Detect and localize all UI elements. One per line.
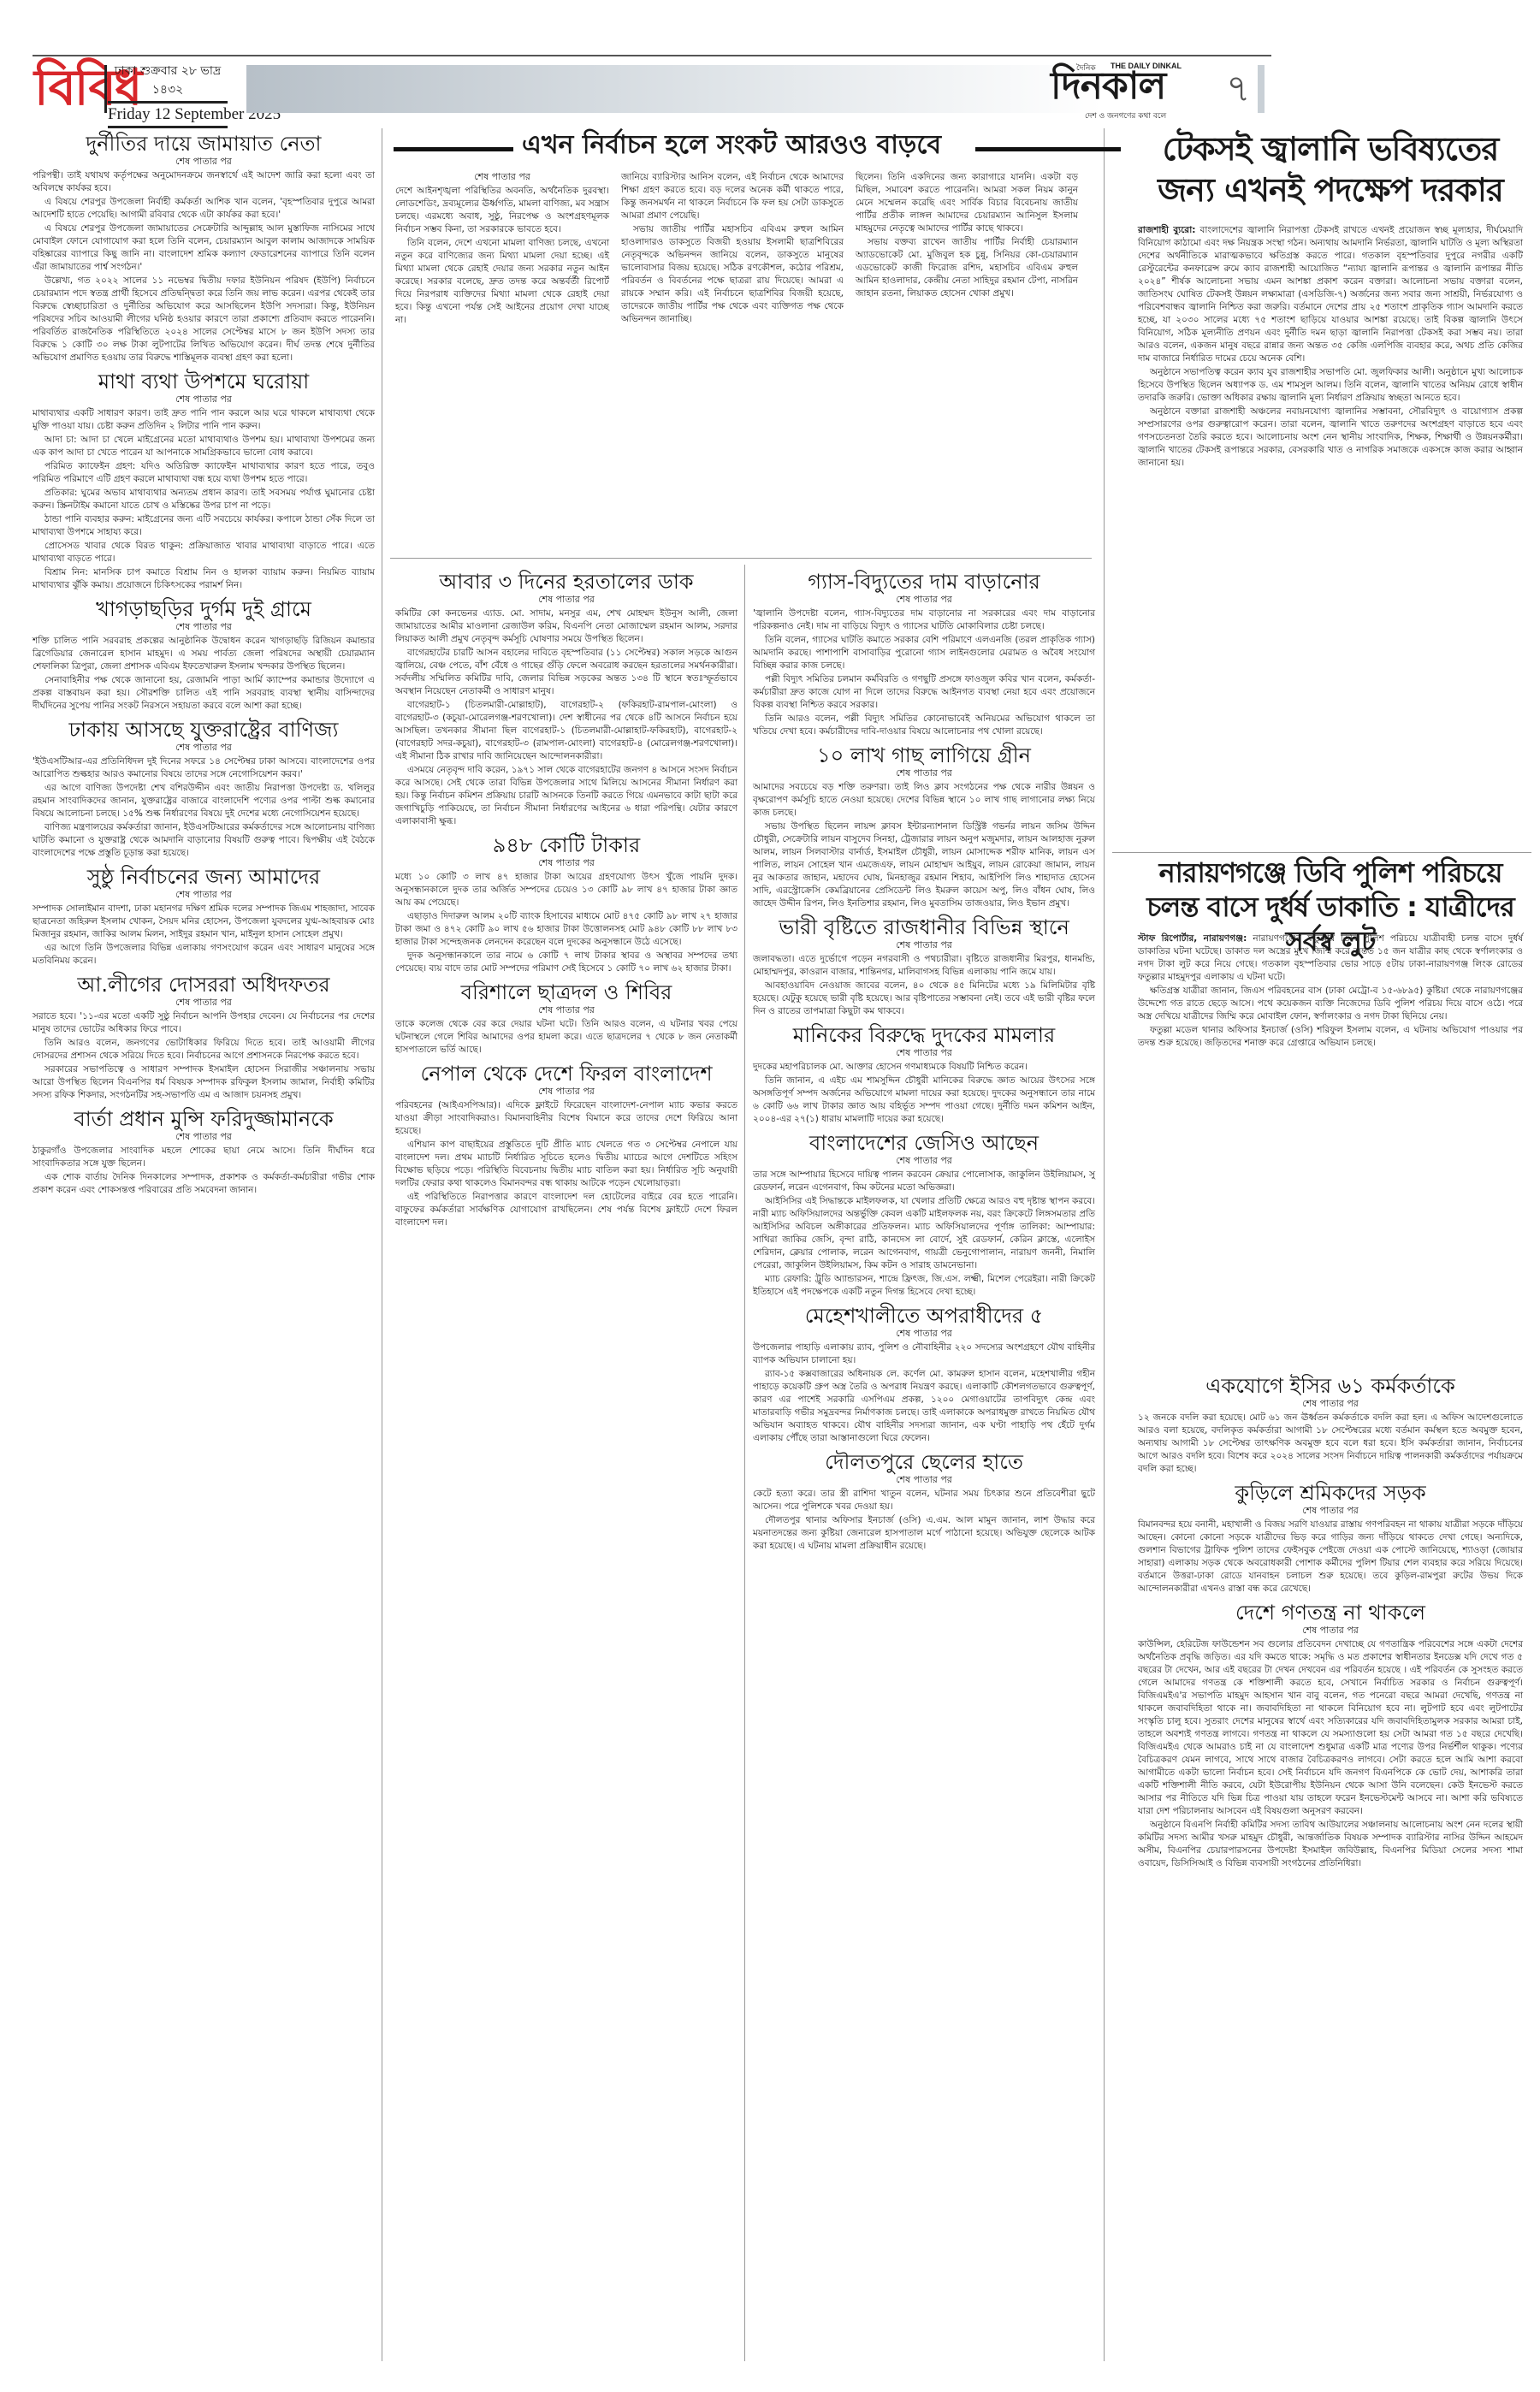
article-paragraph: দুদকের মহাপরিচালক মো. আক্তার হোসেন গণমাধ… xyxy=(753,1061,1095,1074)
article-paragraph: এক শোক বার্তায় দৈনিক দিনকালের সম্পাদক, … xyxy=(33,1171,375,1197)
continued-label: শেষ পাতার পর xyxy=(33,889,375,901)
article-paragraph: উপজেলার পাহাড়ি এলাকায় র‍্যাব, পুলিশ ও … xyxy=(753,1341,1095,1367)
center-lead-col-2: জানিয়ে ব্যারিস্টার আনিস বলেন, এই নির্বা… xyxy=(621,171,844,327)
article-paragraph: অনুষ্ঠানে সভাপতিত্ব করেন ক্যাব যুব রাজশা… xyxy=(1138,366,1523,405)
article-paragraph: তিনি আরও বলেন, জনগণের ভোটাধিকার ফিরিয়ে … xyxy=(33,1037,375,1063)
article-paragraph: ১২ জনকে বদলি করা হয়েছে। মোট ৬১ জন ঊর্ধ্… xyxy=(1138,1412,1523,1476)
article-paragraph: কাউন্সিল, হেরিটেজ ফাউন্ডেশন সব গুলোর প্র… xyxy=(1138,1638,1523,1818)
newspaper-logo: দৈনিক THE DAILY DINKAL দিনকাল দেশ ও জনগণ… xyxy=(1051,60,1196,121)
article-paragraph: প্রোসেসড খাবার থেকে বিরত থাকুন: প্রক্রিয… xyxy=(33,540,375,565)
continued-label: শেষ পাতার পর xyxy=(395,594,737,606)
continued-label: শেষ পাতার পর xyxy=(33,1131,375,1143)
masthead: বিবিধ ঢাকা শুক্রবার ২৮ ভাদ্র ১৪৩২ Friday… xyxy=(33,60,1282,121)
article-paragraph: কেটে হত্যা করে। তার স্ত্রী রাশিদা খাতুন … xyxy=(753,1488,1095,1513)
article-paragraph: বাগেরহাট-১ (চিতলমারী-মোল্লাহাট), বাগেরহা… xyxy=(395,699,737,763)
center-lead-col-1: শেষ পাতার পর দেশে আইনশৃঙ্খলা পরিস্থিতির … xyxy=(395,171,609,328)
article-paragraph: ঠান্ডা পানি ব্যবহার করুন: মাইগ্রেনের জন্… xyxy=(33,513,375,539)
article-paragraph: ফতুল্লা মডেল থানার অফিসার ইনচার্জ (ওসি) … xyxy=(1138,1024,1523,1050)
continued-label: শেষ পাতার পর xyxy=(753,1155,1095,1167)
right-lead-article: রাজশাহী ব্যুরো: বাংলাদেশের জ্বালানি নিরা… xyxy=(1138,224,1523,471)
article-paragraph: এর আগে তিনি উপজেলার বিভিন্ন এলাকায় গণসং… xyxy=(33,942,375,968)
continued-label: শেষ পাতার পর xyxy=(1138,1505,1523,1517)
continued-label: শেষ পাতার পর xyxy=(33,742,375,754)
headline-rule-right xyxy=(975,147,1087,151)
article-paragraph: তার সঙ্গে আম্পায়ার হিসেবে দায়িত্ব পালন… xyxy=(753,1169,1095,1194)
article-paragraph: তিনি জানান, এ এইচ এম শামসুদ্দিন চৌধুরী ম… xyxy=(753,1075,1095,1126)
article-paragraph: এই পরিস্থিতিতে নিরাপত্তার কারণে বাংলাদেশ… xyxy=(395,1191,737,1229)
continued-label: শেষ পাতার পর xyxy=(1138,1625,1523,1637)
article-headline: খাগড়াছড়ির দুর্গম দুই গ্রামে xyxy=(33,597,375,621)
article-paragraph: সরাতে হবে। '১১-এর মতো একটি সুষ্ঠু নির্বা… xyxy=(33,1010,375,1036)
article-paragraph: ছিলেন। তিনি একদিনের জন্য কারাগারে যাননি।… xyxy=(856,171,1078,235)
article-paragraph: শক্তি চালিত পানি সরবরাহ প্রকল্পের আনুষ্ঠ… xyxy=(33,635,375,673)
logo-wordmark: দিনকাল xyxy=(1051,65,1165,108)
article-paragraph: মাথাব্যথার একটি সাধারণ কারণ। তাই দ্রুত প… xyxy=(33,407,375,433)
continued-label: শেষ পাতার পর xyxy=(33,621,375,633)
continued-label: শেষ পাতার পর xyxy=(753,1328,1095,1340)
article-headline: দৌলতপুরে ছেলের হাতে xyxy=(753,1450,1095,1474)
article-paragraph: আবহাওয়াবিদ নেওয়াজ জাবের বলেন, ৪০ থেকে … xyxy=(753,980,1095,1018)
right-lower-articles: একযোগে ইসির ৬১ কর্মকর্তাকে শেষ পাতার পর … xyxy=(1138,1369,1523,1871)
article-paragraph: দেশে আইনশৃঙ্খলা পরিস্থিতির অবনতি, অর্থনৈ… xyxy=(395,185,609,236)
article-headline: মানিকের বিরুদ্ধে দুদকের মামলার xyxy=(753,1023,1095,1047)
article-paragraph: বাণিজ্য মন্ত্রণালয়ের কর্মকর্তারা জানান,… xyxy=(33,821,375,860)
header-gradient-end xyxy=(1258,65,1265,113)
article-paragraph: সেনাবাহিনীর পক্ষ থেকে জানানো হয়, রেজামন… xyxy=(33,674,375,713)
article-paragraph: সভায় জাতীয় পার্টির মহাসচিব এবিএম রুহুল… xyxy=(621,223,844,326)
article-paragraph: পল্লী বিদ্যুৎ সমিতির চলমান কর্মবিরতি ও গ… xyxy=(753,673,1095,712)
article-headline: দুর্নীতির দায়ে জামায়াত নেতা xyxy=(33,132,375,156)
article-paragraph: পরিবহনের (আইএসপিআর)। এদিকে ফ্লাইটে ফিরেছ… xyxy=(395,1099,737,1138)
article-paragraph: র‍্যাব-১৫ কক্সবাজারের অধিনায়ক লে. কর্ণে… xyxy=(753,1368,1095,1445)
article-paragraph: এশিয়ান কাপ বাছাইয়ের প্রস্তুতিতে দুটি প… xyxy=(395,1139,737,1190)
article-headline: নেপাল থেকে দেশে ফিরল বাংলাদেশ xyxy=(395,1062,737,1086)
article-paragraph: তাকে কলেজ থেকে বের করে দেয়ার ঘটনা ঘটে। … xyxy=(395,1018,737,1057)
continued-label: শেষ পাতার পর xyxy=(753,939,1095,951)
article-paragraph: তিনি বলেন, দেশে এখনো মামলা বাণিজ্য চলছে,… xyxy=(395,237,609,327)
center-column-b: গ্যাস-বিদ্যুতের দাম বাড়ানোরশেষ পাতার পর… xyxy=(753,565,1095,1554)
byline: রাজশাহী ব্যুরো: xyxy=(1138,225,1195,235)
right-lead-headline: টেকসই জ্বালানি ভবিষ্যতের জন্য এখনই পদক্ষ… xyxy=(1138,128,1523,210)
center-column-a: আবার ৩ দিনের হরতালের ডাকশেষ পাতার পরকমিট… xyxy=(395,565,737,1230)
top-rule xyxy=(33,55,1271,56)
continued-label: শেষ পাতার পর xyxy=(395,1004,737,1016)
article-paragraph: বিমানবন্দর হয়ে বনানী, মহাখালী ও বিজয় স… xyxy=(1138,1519,1523,1596)
article-paragraph: আমাদের সবচেয়ে বড় শক্তি তরুণরা। তাই লিও… xyxy=(753,781,1095,820)
article-headline: ঢাকায় আসছে যুক্তরাষ্ট্রের বাণিজ্য xyxy=(33,718,375,742)
logo-tagline: দেশ ও জনগণের কথা বলে xyxy=(1085,110,1166,122)
article-paragraph: এ বিষয়ে শেরপুর উপজেলা জামায়াতের সেক্রে… xyxy=(33,222,375,274)
continued-label: শেষ পাতার পর xyxy=(753,767,1095,779)
article-paragraph: সরকারের সভাপতিত্বে ও সাধারণ সম্পাদক ইসমা… xyxy=(33,1063,375,1102)
continued-label: শেষ পাতার পর xyxy=(33,394,375,406)
article-headline: বরিশালে ছাত্রদল ও শিবির xyxy=(395,980,737,1004)
date-bengali: ঢাকা শুক্রবার ২৮ ভাদ্র ১৪৩২ xyxy=(108,62,228,104)
article-paragraph: ক্ষতিগ্রস্ত যাত্রীরা জানান, জিএস পরিবহনে… xyxy=(1138,985,1523,1023)
article-paragraph: এছাড়াও দিদারুল আলম ২০টি ব্যাংক হিসাবের … xyxy=(395,910,737,949)
article-paragraph: পরিপন্থী। তাই যথাযথ কর্তৃপক্ষের অনুমোদনক… xyxy=(33,169,375,195)
article-paragraph: 'জ্বালানি উপদেষ্টা বলেন, গ্যাস-বিদ্যুতের… xyxy=(753,607,1095,633)
article-paragraph: সম্পাদক সোলাইমান বাদশা, ঢাকা মহানগর দক্ষ… xyxy=(33,903,375,941)
article-paragraph: মধ্যে ১০ কোটি ৩ লাখ ৪৭ হাজার টাকা আয়ের … xyxy=(395,871,737,909)
article-paragraph: সভায় উপস্থিত ছিলেন লায়ন্স ক্লাবস ইন্টা… xyxy=(753,820,1095,910)
article-headline: মাথা ব্যথা উপশমে ঘরোয়া xyxy=(33,370,375,394)
article-paragraph: ম্যাচ রেফারি: ট্রুডি অ্যান্ডারসন, শান্দ্… xyxy=(753,1273,1095,1299)
continued-label: শেষ পাতার পর xyxy=(753,594,1095,606)
date-english: Friday 12 September 2025 xyxy=(108,104,228,128)
article-paragraph: এর আগে বাণিজ্য উপদেষ্টা শেখ বশিরউদ্দীন এ… xyxy=(33,782,375,820)
crime-article: স্টাফ রিপোর্টার, নারায়ণগঞ্জ: নারায়ণগঞ্… xyxy=(1138,933,1523,1051)
article-headline: একযোগে ইসির ৬১ কর্মকর্তাকে xyxy=(1138,1374,1523,1398)
article-headline: সুষ্ঠু নির্বাচনের জন্য আমাদের xyxy=(33,865,375,889)
center-lead-col-3: ছিলেন। তিনি একদিনের জন্য কারাগারে যাননি।… xyxy=(856,171,1078,301)
article-paragraph: রাজশাহী ব্যুরো: বাংলাদেশের জ্বালানি নিরা… xyxy=(1138,224,1523,365)
headline-rule-left xyxy=(394,147,513,151)
article-headline: বাংলাদেশের জেসিও আছেন xyxy=(753,1131,1095,1155)
continued-label: শেষ পাতার পর xyxy=(33,156,375,168)
article-headline: মেহেশখালীতে অপরাধীদের ৫ xyxy=(753,1304,1095,1328)
date-box: ঢাকা শুক্রবার ২৮ ভাদ্র ১৪৩২ Friday 12 Se… xyxy=(108,62,228,128)
center-lead-headline: এখন নির্বাচন হলে সংকট আরওও বাড়বে xyxy=(522,128,941,163)
continued-label: শেষ পাতার পর xyxy=(395,857,737,869)
continued-label: শেষ পাতার পর xyxy=(1138,1398,1523,1410)
article-paragraph: ঠাকুরগাঁও উপজেলার সাংবাদিক মহলে শোকের ছা… xyxy=(33,1145,375,1170)
article-paragraph: উল্লেখ্য, গত ২০২২ সালের ১১ নভেম্বর দ্বিত… xyxy=(33,275,375,364)
continued-label: শেষ পাতার পর xyxy=(395,171,609,183)
left-column: দুর্নীতির দায়ে জামায়াত নেতাশেষ পাতার প… xyxy=(33,127,375,1198)
article-paragraph: তিনি আরও বলেন, পল্লী বিদ্যুৎ সমিতির কোনো… xyxy=(753,713,1095,738)
article-paragraph: স্টাফ রিপোর্টার, নারায়ণগঞ্জ: নারায়ণগঞ্… xyxy=(1138,933,1523,984)
article-headline: আবার ৩ দিনের হরতালের ডাক xyxy=(395,570,737,594)
article-paragraph: এ বিষয়ে শেরপুর উপজেলা নির্বাহী কর্মকর্ত… xyxy=(33,196,375,222)
article-paragraph: দুদক অনুসন্ধানকালে তার নামে ৬ কোটি ৭ লাখ… xyxy=(395,950,737,975)
article-headline: কুড়িলে শ্রমিকদের সড়ক xyxy=(1138,1481,1523,1505)
date-separator xyxy=(104,65,107,113)
column-divider xyxy=(382,128,382,2361)
header-gradient-bar xyxy=(246,65,1102,113)
continued-label: শেষ পাতার পর xyxy=(753,1047,1095,1059)
article-paragraph: কমিটির কো কনভেনর এ্যাড. মো. সাদাম, মনসুর… xyxy=(395,607,737,646)
section-divider xyxy=(390,558,1092,559)
article-paragraph: বাগেরহাটের চারটি আসন বহালের দাবিতে বৃহস্… xyxy=(395,647,737,698)
column-divider xyxy=(1104,128,1105,2361)
article-paragraph: জানিয়ে ব্যারিস্টার আনিস বলেন, এই নির্বা… xyxy=(621,171,844,222)
article-paragraph: 'ইউএসটিআর-এর প্রতিনিধিদল দুই দিনের সফরে … xyxy=(33,755,375,781)
article-paragraph: জলাবদ্ধতা। এতে দুর্ভোগে পড়েন নগরবাসী ও … xyxy=(753,953,1095,979)
continued-label: শেষ পাতার পর xyxy=(33,997,375,1009)
headline-rule xyxy=(1087,147,1121,151)
column-divider xyxy=(744,565,745,2361)
article-paragraph: তিনি বলেন, গ্যাসের ঘাটতি কমাতে সরকার বেশ… xyxy=(753,634,1095,672)
page-number: ৭ xyxy=(1226,65,1251,113)
article-paragraph: আদা চা: আদা চা খেলে মাইগ্রেনের মতো মাথাব… xyxy=(33,434,375,459)
continued-label: শেষ পাতার পর xyxy=(753,1474,1095,1486)
article-paragraph: প্রতিকার: ঘুমের অভাব মাথাব্যথার অন্যতম প… xyxy=(33,487,375,512)
center-lead-headline-wrap: এখন নির্বাচন হলে সংকট আরওও বাড়বে xyxy=(376,128,1121,163)
article-headline: ভারী বৃষ্টিতে রাজধানীর বিভিন্ন স্থানে xyxy=(753,915,1095,939)
article-headline: বার্তা প্রধান মুন্সি ফরিদুজ্জামানকে xyxy=(33,1107,375,1131)
article-paragraph: দৌলতপুর থানার অফিসার ইনচার্জ (ওসি) এ.এম.… xyxy=(753,1514,1095,1553)
article-headline: আ.লীগের দোসররা অধিদফতর xyxy=(33,973,375,997)
section-divider xyxy=(1112,852,1531,853)
article-paragraph: সভায় বক্তব্য রাখেন জাতীয় পার্টির নির্ব… xyxy=(856,236,1078,300)
article-paragraph: আইসিসির এই সিদ্ধান্তকে মাইলফলক, যা খেলার… xyxy=(753,1195,1095,1272)
article-headline: ৯৪৮ কোটি টাকার xyxy=(395,833,737,857)
article-headline: ১০ লাখ গাছ লাগিয়ে গ্রীন xyxy=(753,743,1095,767)
byline: স্টাফ রিপোর্টার, নারায়ণগঞ্জ: xyxy=(1138,933,1247,944)
article-paragraph: অনুষ্ঠানে বিএনপি নির্বাহী কমিটির সদস্য ত… xyxy=(1138,1819,1523,1870)
article-headline: গ্যাস-বিদ্যুতের দাম বাড়ানোর xyxy=(753,570,1095,594)
article-paragraph: পরিমিত ক্যাফেইন গ্রহণ: যদিও অতিরিক্ত ক্য… xyxy=(33,460,375,486)
article-paragraph: এসময়ে নেতৃবৃন্দ দাবি করেন, ১৯৭১ সাল থেক… xyxy=(395,764,737,828)
article-paragraph: বিশ্রাম নিন: মানসিক চাপ কমাতে বিশ্রাম নি… xyxy=(33,566,375,592)
article-headline: দেশে গণতন্ত্র না থাকলে xyxy=(1138,1601,1523,1625)
continued-label: শেষ পাতার পর xyxy=(395,1086,737,1098)
article-paragraph: অনুষ্ঠানে বক্তারা রাজশাহী অঞ্চলের নবায়ন… xyxy=(1138,406,1523,470)
